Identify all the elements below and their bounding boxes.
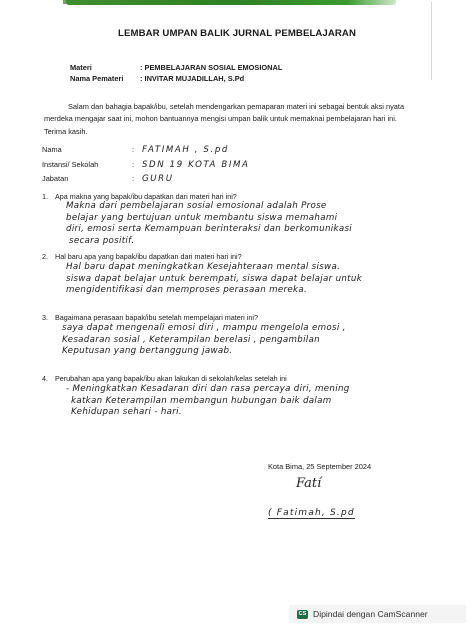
question-text: Perubahan apa yang bapak/ibu akan lakuka… <box>55 374 287 383</box>
answer-line: Keputusan yang bertanggung jawab. <box>62 346 442 358</box>
question-number: 2. <box>42 252 55 261</box>
answer-line: Hal baru dapat meningkatkan Kesejahteraa… <box>66 262 446 274</box>
question-number: 3. <box>42 313 55 322</box>
answer-line: saya dapat mengenali emosi diri , mampu … <box>62 323 442 335</box>
place-date: Kota Bima, 25 September 2024 <box>268 462 371 471</box>
signee-name: ( Fatimah, S.pd <box>268 508 355 519</box>
signature: Fatí <box>296 476 321 491</box>
answer-line: diri, emosi serta Kemampuan berinteraksi… <box>66 224 446 236</box>
meta-row-pemateri: Nama Pemateri : INVITAR MUJADILLAH, S.Pd <box>70 73 282 84</box>
identity-row-sekolah: Instansi/ Sekolah : SDN 19 KOTA BIMA <box>42 158 249 173</box>
answer-line: siswa dapat belajar untuk berempati, sis… <box>66 274 446 286</box>
meta-label: Nama Pemateri <box>70 73 140 84</box>
identity-colon: : <box>132 158 142 172</box>
answer-1: Makna dari pembelajaran sosial emosional… <box>66 201 446 247</box>
identity-label: Instansi/ Sekolah <box>42 158 132 172</box>
question-text: Bagaimana perasaan bapak/ibu setelah mem… <box>55 313 258 322</box>
document-title: LEMBAR UMPAN BALIK JURNAL PEMBELAJARAN <box>0 28 474 39</box>
answer-line: - Meningkatkan Kesadaran diri dan rasa p… <box>66 384 446 396</box>
meta-value: : PEMBELAJARAN SOSIAL EMOSIONAL <box>140 62 282 73</box>
material-info: Materi : PEMBELAJARAN SOSIAL EMOSIONAL N… <box>70 62 282 84</box>
meta-row-materi: Materi : PEMBELAJARAN SOSIAL EMOSIONAL <box>70 62 282 73</box>
identity-colon: : <box>132 143 142 157</box>
answer-line: secara positif. <box>66 236 446 248</box>
answer-3: saya dapat mengenali emosi diri , mampu … <box>62 323 442 358</box>
identity-section: Nama : FATIMAH , S.pd Instansi/ Sekolah … <box>42 143 249 187</box>
meta-value: : INVITAR MUJADILLAH, S.Pd <box>140 73 244 84</box>
watermark-text: Dipindai dengan CamScanner <box>313 609 428 619</box>
identity-row-jabatan: Jabatan : GURU <box>42 172 249 187</box>
identity-value-nama: FATIMAH , S.pd <box>142 144 229 158</box>
identity-label: Nama <box>42 143 132 157</box>
answer-line: Makna dari pembelajaran sosial emosional… <box>66 201 446 213</box>
header-decoration-band <box>66 0 396 5</box>
answer-2: Hal baru dapat meningkatkan Kesejahteraa… <box>66 262 446 297</box>
page-edge-line <box>431 2 432 80</box>
question-3: 3.Bagaimana perasaan bapak/ibu setelah m… <box>42 313 258 322</box>
question-4: 4.Perubahan apa yang bapak/ibu akan laku… <box>42 374 287 383</box>
identity-colon: : <box>132 172 142 186</box>
question-text: Hal baru apa yang bapak/ibu dapatkan dar… <box>55 252 242 261</box>
question-number: 4. <box>42 374 55 383</box>
answer-line: mengidentifikasi dan memproses perasaan … <box>66 285 446 297</box>
meta-label: Materi <box>70 62 140 73</box>
answer-4: - Meningkatkan Kesadaran diri dan rasa p… <box>66 384 446 419</box>
question-1: 1.Apa makna yang bapak/ibu dapatkan dari… <box>42 192 237 201</box>
question-text: Apa makna yang bapak/ibu dapatkan dari m… <box>55 192 237 201</box>
identity-row-nama: Nama : FATIMAH , S.pd <box>42 143 249 158</box>
identity-value-jabatan: GURU <box>142 173 174 187</box>
question-2: 2.Hal baru apa yang bapak/ibu dapatkan d… <box>42 252 242 261</box>
identity-label: Jabatan <box>42 172 132 186</box>
identity-value-sekolah: SDN 19 KOTA BIMA <box>142 159 249 173</box>
answer-line: Kesadaran sosial , Keterampilan berelasi… <box>62 335 442 347</box>
answer-line: belajar yang bertujuan untuk membantu si… <box>66 213 446 225</box>
camscanner-watermark: CS Dipindai dengan CamScanner <box>289 605 466 623</box>
answer-line: katkan Keterampilan membangun hubungan b… <box>66 396 446 408</box>
camscanner-icon: CS <box>297 610 308 619</box>
intro-paragraph: Salam dan bahagia bapak/ibu, setelah men… <box>44 101 420 138</box>
question-number: 1. <box>42 192 55 201</box>
answer-line: Kehidupan sehari - hari. <box>66 407 446 419</box>
